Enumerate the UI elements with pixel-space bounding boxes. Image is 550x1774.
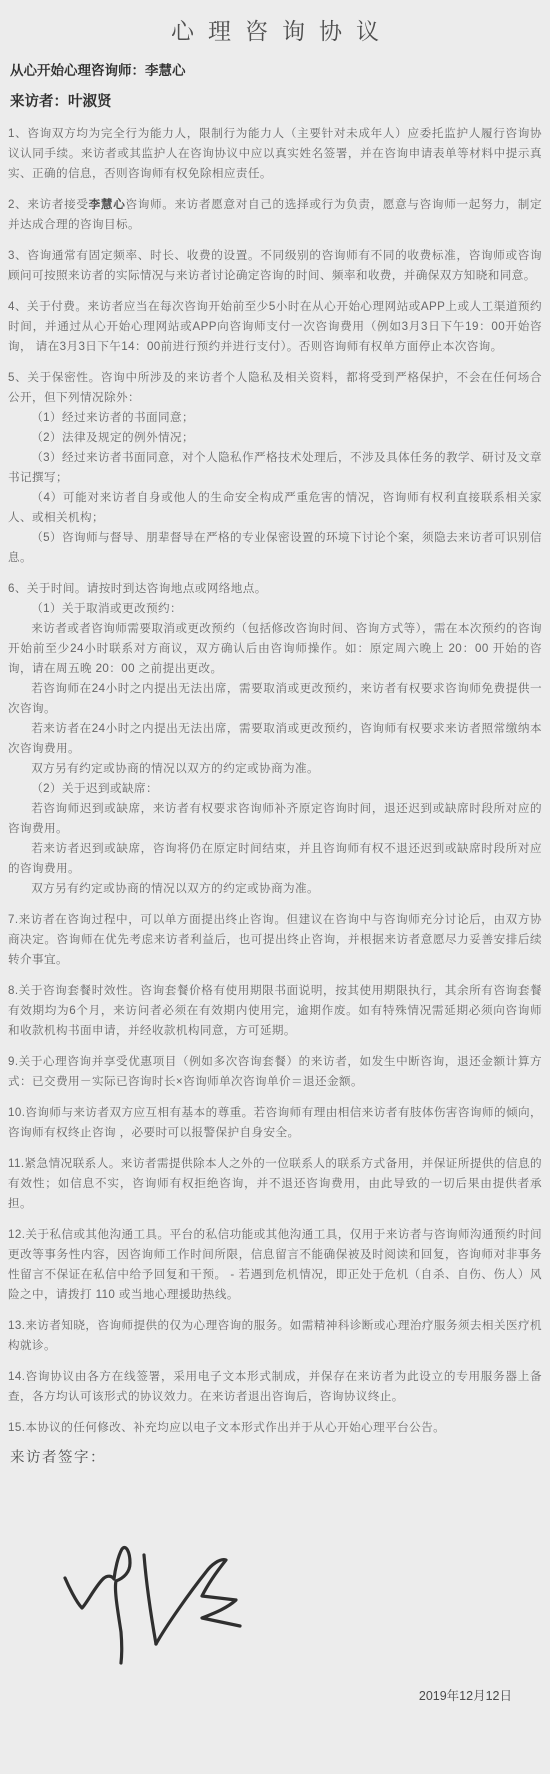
clause-paragraph: （2）法律及规定的例外情况； (8, 428, 542, 448)
clause-paragraph: 9.关于心理咨询并享受优惠项目（例如多次咨询套餐）的来访者，如发生中断咨询，退还… (8, 1052, 542, 1092)
clause-paragraph: 双方另有约定或协商的情况以双方的约定或协商为准。 (8, 879, 542, 899)
counselor-line: 从心开始心理咨询师：李慧心 (10, 62, 542, 80)
clause-paragraph: 来访者或者咨询师需要取消或更改预约（包括修改咨询时间、咨询方式等），需在本次预约… (8, 619, 542, 679)
clause-paragraph: 10.咨询师与来访者双方应互相有基本的尊重。若咨询师有理由相信来访者有肢体伤害咨… (8, 1103, 542, 1143)
clause-paragraph: （1）关于取消或更改预约： (8, 599, 542, 619)
clause-paragraph: 3、咨询通常有固定频率、时长、收费的设置。不同级别的咨询师有不同的收费标准，咨询… (8, 246, 542, 286)
clause-paragraph: （1）经过来访者的书面同意； (8, 408, 542, 428)
clause-paragraph: 若咨询师迟到或缺席，来访者有权要求咨询师补齐原定咨询时间，退还迟到或缺席时段所对… (8, 799, 542, 839)
clause-paragraph: 双方另有约定或协商的情况以双方的约定或协商为准。 (8, 759, 542, 779)
clause-paragraph: （5）咨询师与督导、朋辈督导在严格的专业保密设置的环境下讨论个案，须隐去来访者可… (8, 528, 542, 568)
clause-paragraph: 11.紧急情况联系人。来访者需提供除本人之外的一位联系人的联系方式备用，并保证所… (8, 1154, 542, 1214)
signature-date: 2019年12月12日 (419, 1686, 512, 1704)
clause-paragraph: 4、关于付费。来访者应当在每次咨询开始前至少5小时在从心开始心理网站或APP上或… (8, 297, 542, 357)
client-signature (52, 1532, 252, 1677)
client-line: 来访者：叶淑贤 (10, 93, 542, 111)
clause-paragraph: 15.本协议的任何修改、补充均应以电子文本形式作出并于从心开始心理平台公告。 (8, 1418, 542, 1438)
clause-paragraph: 若咨询师在24小时之内提出无法出席，需要取消或更改预约，来访者有权要求咨询师免费… (8, 679, 542, 719)
clause-paragraph: 7.来访者在咨询过程中，可以单方面提出终止咨询。但建议在咨询中与咨询师充分讨论后… (8, 910, 542, 970)
clause-paragraph: 8.关于咨询套餐时效性。咨询套餐价格有使用期限书面说明，按其使用期限执行，其余所… (8, 981, 542, 1041)
agreement-clauses: 1、咨询双方均为完全行为能力人，限制行为能力人（主要针对未成年人）应委托监护人履… (8, 124, 542, 1438)
clause-paragraph: 若来访者迟到或缺席，咨询将仍在原定时间结束，并且咨询师有权不退还迟到或缺席时段所… (8, 839, 542, 879)
clause-paragraph: 5、关于保密性。咨询中所涉及的来访者个人隐私及相关资料，都将受到严格保护，不会在… (8, 368, 542, 408)
agreement-page: 心理咨询协议 从心开始心理咨询师：李慧心 来访者：叶淑贤 1、咨询双方均为完全行… (0, 0, 550, 1774)
clause-paragraph: （4）可能对来访者自身或他人的生命安全构成严重危害的情况，咨询师有权利直接联系相… (8, 488, 542, 528)
clause-paragraph: （2）关于迟到或缺席： (8, 779, 542, 799)
signature-label: 来访者签字： (10, 1446, 106, 1467)
clause-paragraph: 13.来访者知晓，咨询师提供的仅为心理咨询的服务。如需精神科诊断或心理治疗服务须… (8, 1316, 542, 1356)
clause-paragraph: 若来访者在24小时之内提出无法出席，需要取消或更改预约，咨询师有权要求来访者照常… (8, 719, 542, 759)
clause-paragraph: 12.关于私信或其他沟通工具。平台的私信功能或其他沟通工具，仅用于来访者与咨询师… (8, 1225, 542, 1305)
clause-paragraph: 6、关于时间。请按时到达咨询地点或网络地点。 (8, 579, 542, 599)
clause-paragraph: 1、咨询双方均为完全行为能力人，限制行为能力人（主要针对未成年人）应委托监护人履… (8, 124, 542, 184)
page-title: 心理咨询协议 (8, 16, 542, 46)
clause-paragraph: （3）经过来访者书面同意，对个人隐私作严格技术处理后，不涉及具体任务的教学、研讨… (8, 448, 542, 488)
clause-paragraph: 14.咨询协议由各方在线签署，采用电子文本形式制成，并保存在来访者为此设立的专用… (8, 1367, 542, 1407)
clause-paragraph: 2、来访者接受李慧心咨询师。来访者愿意对自己的选择或行为负责，愿意与咨询师一起努… (8, 195, 542, 235)
